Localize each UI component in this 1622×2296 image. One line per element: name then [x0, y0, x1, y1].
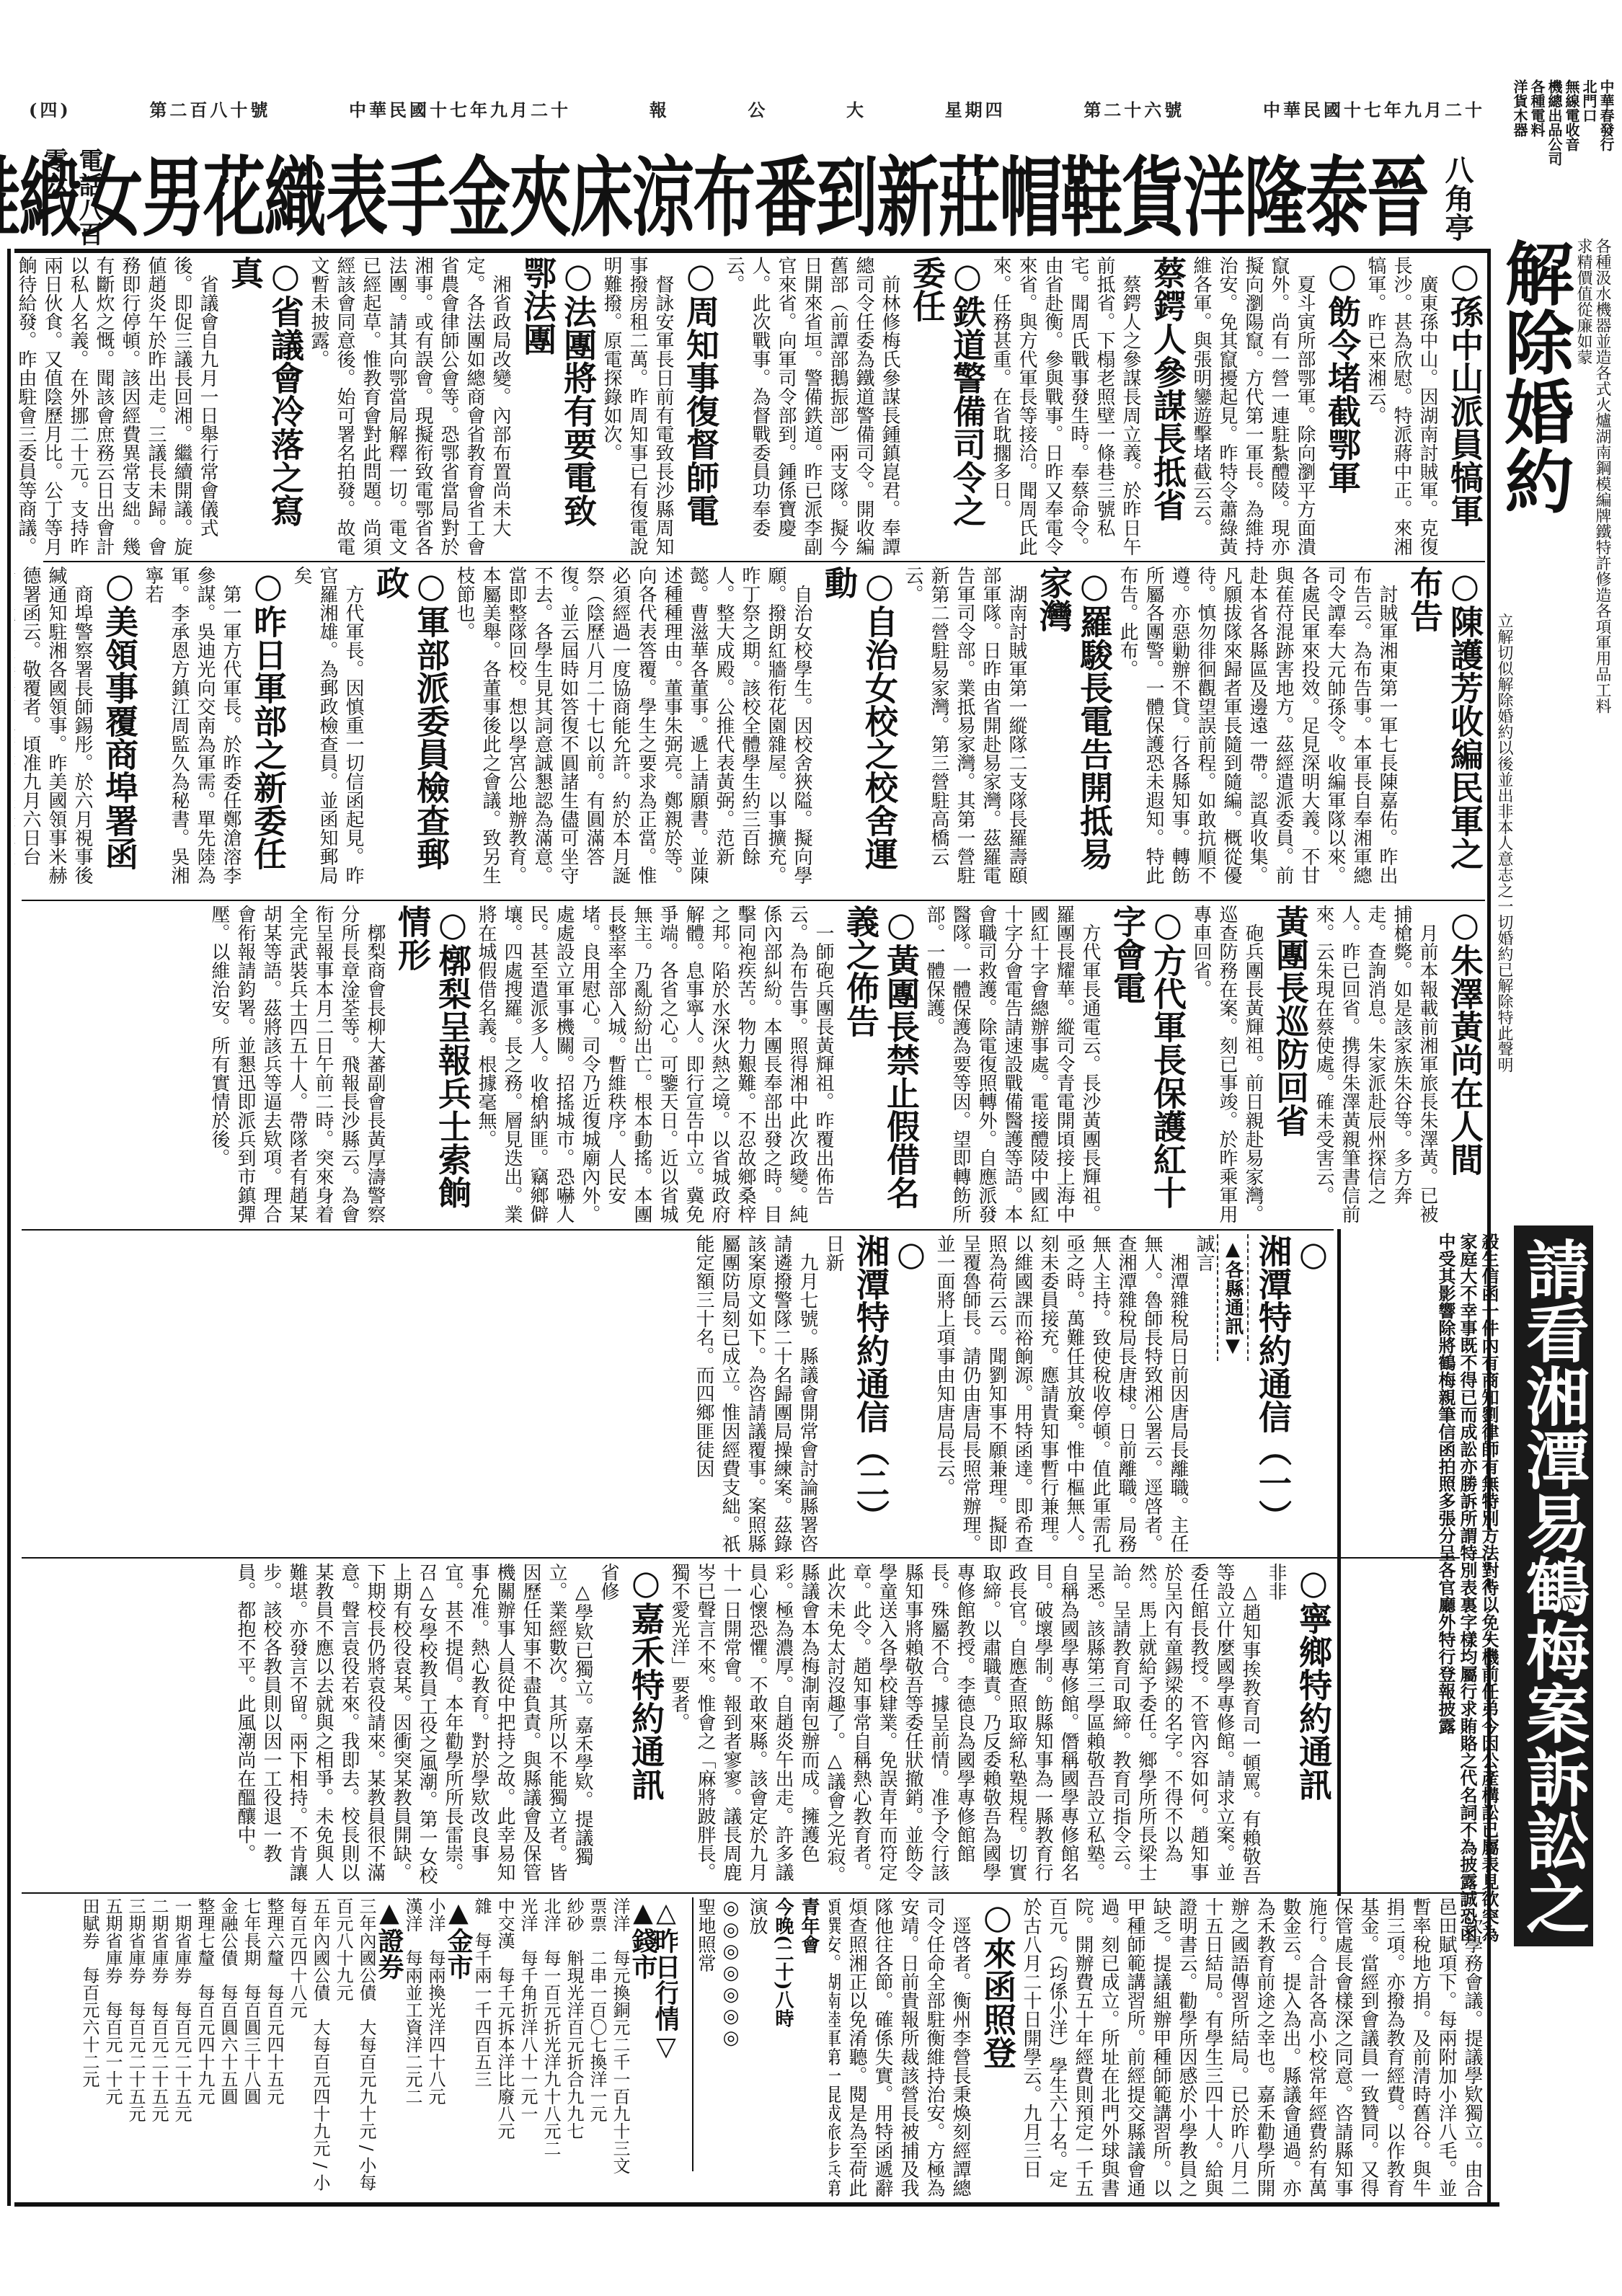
banner-tag: 八角亭 — [1437, 155, 1478, 241]
market-row: 整理六釐 每百元四十五元 — [262, 1897, 285, 2200]
rule-left — [7, 249, 11, 2206]
rule-bottom — [14, 2202, 1499, 2207]
article: 法團將有要電致鄂法團 湘省政局改變。內部布置尚未大定。各法團如總商會省教育會省工… — [306, 256, 598, 559]
market-row: 中交漢 每千元拆本洋比廢八元 — [493, 1897, 516, 2200]
article-body: 廣東孫中山。因湖南討賊軍。克復長沙。甚為欣慰。特派蔣中正。來湘犒軍。昨已來湘云。 — [1362, 256, 1440, 559]
article: 省議會冷落之寫真 省議會自九月一日舉行常會儀式後。即促三議長回湘。繼續開議。旋値… — [14, 256, 306, 559]
banner-text: 晉泰隆洋貨鞋帽莊新到番布涼床夾金手表織花男女緞鞋特別減價 — [0, 155, 1428, 241]
article-body: 督詠安軍長日前有電致長沙縣周知事撥房租二萬。昨周知事已有復電說明難撥。原電探錄如… — [598, 256, 676, 559]
listing-item: 聖地照常 — [699, 1897, 718, 2200]
masthead-item: 第二十六號 — [1083, 96, 1184, 121]
headline: 湘潭特約通信（二） — [851, 1234, 931, 1555]
market-row: 二期省庫券 每百元二十五元 — [147, 1897, 170, 2200]
rule-top — [14, 249, 1489, 253]
black-ad-text: 殺生信函一件內有商知劉律師有無特別方法對待以免失機前任弟今因公產構訟已屬表見欲突… — [1355, 1233, 1499, 1954]
headline: 寧鄉特約通訊 — [1293, 1563, 1334, 1891]
masthead-item: 公 — [748, 96, 768, 121]
banner-phone: 電話八百零六 — [36, 148, 107, 252]
market-row: 金融公債 每百圓六十五圓 — [216, 1897, 239, 2200]
headline: 陳護芳收編民軍之布告 — [1404, 566, 1485, 897]
article: 黃團長巡防回省 砲兵團長黃輝祖。前日親赴易家灣。巡查防務在案。刻已事竣。於昨乘軍… — [1188, 905, 1311, 1225]
headline: 湘潭特約通信（一） — [1253, 1234, 1334, 1555]
headline: 省議會冷落之寫真 — [225, 256, 306, 559]
corner-ad-line: 各種電料 — [1528, 79, 1546, 238]
rule-row4 — [22, 1557, 1485, 1559]
article-body: 自治女校學生。因校舍狹隘。擬向學願。撥朗紅牆衔花園雜屋。以事擴充。昨丁祭之期。該… — [451, 566, 815, 897]
headline: 美領事覆商埠署函 — [99, 566, 140, 897]
article: 軍部派委員檢查郵政 方代軍長。因慎重一切信函起見。昨官羅湘雄。為郵政檢查員。並函… — [288, 566, 451, 897]
article: 周知事復督師電 督詠安軍長日前有電致長沙縣周知事撥房租二萬。昨周知事已有復電說明… — [598, 256, 721, 559]
article: 寧鄉特約通訊 非非 △趙知事挨教育司一頓罵。有賴敬吾等設立什麼國學專修館。請求立… — [666, 1563, 1334, 1891]
headline: 羅駿長電告開抵易家灣 — [1034, 566, 1114, 897]
headline: 來函照登 — [978, 1897, 1018, 2200]
masthead-item: 大 — [846, 96, 867, 121]
market-row: 光洋 每千角折洋八十一元一 — [516, 1897, 539, 2200]
rule-col-sep — [1337, 1229, 1341, 1896]
byline: 非非 — [1263, 1563, 1289, 1891]
byline: 誠言 — [1191, 1234, 1217, 1555]
article: 次學務會議。提議學欵獨立。由合邑田賦項下。每兩附加小洋八毛。並暫率稅地方捐。及前… — [1018, 1897, 1485, 2200]
article-body: 月前本報載前湘軍旅長朱澤黃。已被捕槍斃。如是該家族朱谷等。多方奔走。查詢消息。朱… — [1311, 905, 1440, 1225]
article: 昨日軍部之新委任 第一軍方代軍長。於昨委任鄭滄溶李參謀。吳迪光向交南為軍需。單先… — [140, 566, 288, 897]
masthead-item: 報 — [650, 96, 670, 121]
article-body: 夏斗寅所部鄂軍。除向瀏平方面潰竄外。尚有一營一連駐紮醴陵。現亦擬向瀏陽竄。方代第… — [1188, 256, 1318, 559]
article-body: 方代軍長通電云。長沙黃團長輝祖。羅團長耀華。縱司令青電開頃接上海中國紅十字會總辦… — [921, 905, 1103, 1225]
article-body: 砲兵團長黃輝祖。前日親赴易家灣。巡查防務在案。刻已事竣。於昨乘軍用專車回省。 — [1188, 905, 1266, 1225]
headline: 周知事復督師電 — [681, 256, 721, 559]
theatre-listing: 青年會 今晚(二十)八時 演放 ◎◎◎◎◎◎◎ 聖地照常 墜車 天雨順延 — [692, 1897, 822, 2171]
headline: 方代軍長保護紅十字會電 — [1107, 905, 1188, 1225]
article: 蔡鍔人參謀長抵省 蔡鍔人之參謀長周立義。於昨日午前抵省。下榻老照壁一條巷三號私宅… — [988, 256, 1188, 559]
listing-title: 青年會 — [796, 1897, 822, 2200]
market-row: 三期省庫券 每百元二十五元 — [124, 1897, 147, 2200]
article: 飭令堵截鄂軍 夏斗寅所部鄂軍。除向瀏平方面潰竄外。尚有一營一連駐紮醴陵。現亦擬向… — [1188, 256, 1362, 559]
article-body: 討賊軍湘東第一軍七長陳嘉佑。昨出布告云。為布告事。本軍長自奉湘軍總司令譚奉大元帥… — [1114, 566, 1400, 897]
row5: 寧鄉特約通訊 非非 △趙知事挨教育司一頓罵。有賴敬吾等設立什麼國學專修館。請求立… — [14, 1563, 1334, 1891]
row1: 孫中山派員犒軍 廣東孫中山。因湖南討賊軍。克復長沙。甚為欣慰。特派蔣中正。來湘犒… — [14, 256, 1485, 559]
headline: 黃團長巡防回省 — [1270, 905, 1311, 1225]
listing-time: 今晚(二十)八時 — [770, 1897, 796, 2200]
listing-item: 演放 — [744, 1897, 770, 2200]
article-body: 逕啓者。衡州李營長秉煥刻經譚總司令任命全部駐衡維持治安。方極為安靖。日前貴報所裁… — [829, 1897, 973, 2200]
market-row: 田賦券 每百元六十二元 — [78, 1897, 101, 2200]
corner-ad-line: 洋貨木器 — [1511, 79, 1528, 238]
corner-ad-line: 北門口 — [1580, 79, 1597, 238]
black-ad: 請看湘潭易鶴梅案訴訟之實據 — [1514, 1225, 1593, 1946]
headline: 黃團長禁止假借名義之佈告 — [841, 905, 921, 1225]
listing-decor: ◎◎◎◎◎◎◎ — [718, 1897, 744, 2200]
masthead-item: 星期四 — [945, 96, 1006, 121]
headline: 飭令堵截鄂軍 — [1322, 256, 1362, 559]
market-row: 小洋 每兩換光洋四十八元 — [424, 1897, 447, 2200]
market-row: 三年內國公債 大每百元九十元 / 小每百元八十九元 — [332, 1897, 378, 2200]
rule-row2 — [22, 900, 1485, 901]
market-row: 票票 二串一百〇七換洋一元 — [585, 1897, 608, 2200]
article-body: 湘潭雜稅局日前因唐局長離職。主任無人。魯師長特致湘公署云。逕啓者。查湘潭雜稅局長… — [931, 1234, 1191, 1555]
right-ad-title: 解除婚約 — [1494, 238, 1574, 613]
article: 湘潭特約通信（二） 日新 九月七號。縣議會開常會討論縣署咨請遴撥警隊二十名歸團局… — [691, 1234, 931, 1555]
market-row: 五年內國公債 大每百元四十九元 / 小每百元四十八元 — [285, 1897, 332, 2200]
markets: △昨日行情▽ ▲錢市 洋洋 每元換銅元二千一百九十三文 票票 二串一百〇七換洋一… — [14, 1897, 678, 2200]
article-body: 次學務會議。提議學欵獨立。由合邑田賦項下。每兩附加小洋八毛。並暫率稅地方捐。及前… — [1018, 1897, 1485, 2200]
market-row: 北洋 每一百元折光洋九十八元二 — [539, 1897, 562, 2200]
article-body: △學欵已獨立。嘉禾學欵。提議獨立。業經數次。其所以不能獨立者。皆因歷任知事不盡負… — [232, 1563, 595, 1891]
headline: 鉄道警備司令之委任 — [907, 256, 988, 559]
byline: 省修 — [595, 1563, 621, 1891]
article: 孫中山派員犒軍 廣東孫中山。因湖南討賊軍。克復長沙。甚為欣慰。特派蔣中正。來湘犒… — [1362, 256, 1485, 559]
article-body: 商埠警察署長師錫彤。於六月視事後緘通知駐湘各國領事。昨美國領事米赫德署函云。敬覆… — [14, 566, 95, 897]
market-section-name: ▲金市 — [447, 1897, 470, 2200]
corner-ad: 中華春發行 北門口 無線電收音 機總出品公司 各種電料 洋貨木器 — [1499, 79, 1615, 238]
row2: 陳護芳收編民軍之布告 討賊軍湘東第一軍七長陳嘉佑。昨出布告云。為布告事。本軍長自… — [14, 566, 1485, 897]
article: 黃團長禁止假借名義之佈告 一師砲兵團長黃輝祖。昨覆出佈告云。為布告事。照得湘中此… — [473, 905, 921, 1225]
headline: 嘉禾特約通訊 — [626, 1563, 666, 1891]
masthead-item: (四) — [29, 96, 71, 121]
headline: 槨梨呈報兵士索餉情形 — [392, 905, 473, 1225]
article-body: 前林修梅氏參謀長鍾鎮崑君。奉譚總司令任委為鐵道警備司令。開收編舊部（前譚部鵝振部… — [721, 256, 903, 559]
article-body: 一師砲兵團長黃輝祖。昨覆出佈告云。為布告事。照得湘中此次政變。純係內部糾紛。本團… — [473, 905, 836, 1225]
row3: 朱澤黃尚在人間 月前本報載前湘軍旅長朱澤黃。已被捕槍斃。如是該家族朱谷等。多方奔… — [14, 905, 1485, 1225]
market-row: 一期省庫券 每百元二十五元 — [170, 1897, 193, 2200]
article: 美領事覆商埠署函 商埠警察署長師錫彤。於六月視事後緘通知駐湘各國領事。昨美國領事… — [14, 566, 140, 897]
market-row: 整理七釐 每百元四十九元 — [193, 1897, 216, 2200]
market-row: 紗砂 斛現光洋百元折合九九七 — [562, 1897, 585, 2200]
headline: 昨日軍部之新委任 — [248, 566, 288, 897]
article: 來函照登 逕啓者。衡州李營長秉煥刻經譚總司令任命全部駐衡維持治安。方極為安靖。日… — [829, 1897, 1018, 2200]
right-ad-side-text: 各種汲水機器並造各式火爐湖南鋼模編牌鐵特許修造各項軍用品工料求精價值從廉如蒙 — [1574, 238, 1611, 728]
article-body: △趙知事挨教育司一頓罵。有賴敬吾等設立什麼國學專修館。請求立案。並委任館長教授。… — [666, 1563, 1263, 1891]
article-body: 九月七號。縣議會開常會討論縣署咨請遴撥警隊二十名歸團局操練案。茲錄該案原文如下。… — [691, 1234, 820, 1555]
headline: 孫中山派員犒軍 — [1445, 256, 1485, 559]
article: 嘉禾特約通訊 省修 △學欵已獨立。嘉禾學欵。提議獨立。業經數次。其所以不能獨立者… — [232, 1563, 666, 1891]
article-body: 省議會自九月一日舉行常會儀式後。即促三議長回湘。繼續開議。旋値趙炎午於昨出走。三… — [14, 256, 221, 559]
headline: 朱澤黃尚在人間 — [1445, 905, 1485, 1225]
market-section-name: ▲證券 — [378, 1897, 401, 2200]
market-row: 洋洋 每元換銅元二千一百九十三文 — [608, 1897, 631, 2200]
article: 陳護芳收編民軍之布告 討賊軍湘東第一軍七長陳嘉佑。昨出布告云。為布告事。本軍長自… — [1114, 566, 1485, 897]
masthead-item: 第二百八十號 — [149, 96, 270, 121]
article-body: 第一軍方代軍長。於昨委任鄭滄溶李參謀。吳迪光向交南為軍需。單先陸為軍。李承恩方鎮… — [140, 566, 244, 897]
article: 方代軍長保護紅十字會電 方代軍長通電云。長沙黃團長輝祖。羅團長耀華。縱司令青電開… — [921, 905, 1188, 1225]
right-ad-text: 立解切似解除婚約以後並出非本人意志之一切婚約已解除特此聲明 — [1494, 613, 1513, 1189]
rule-row3 — [22, 1229, 1334, 1231]
article: 槨梨呈報兵士索餉情形 槨梨商會長柳大蕃副會長黃厚濤警察分所長章淦荃等。飛報長沙縣… — [206, 905, 473, 1225]
corner-ad-line: 機總出品公司 — [1546, 79, 1563, 238]
masthead: (四) 第二百八十號 中華民國十七年九月二十 報 公 大 星期四 第二十六號 中… — [29, 94, 1485, 123]
market-row: 五期省庫券 每百元一十元 — [101, 1897, 124, 2200]
corner-ad-line: 中華春發行 — [1597, 79, 1615, 238]
headline: 法團將有要電致鄂法團 — [518, 256, 598, 559]
masthead-item: 中華民國十七年九月二十 — [1263, 96, 1485, 121]
article-body: 蔡鍔人之參謀長周立義。於昨日午前抵省。下榻老照壁一條巷三號私宅。聞周氏戰事發生時… — [988, 256, 1143, 559]
byline: 日新 — [820, 1234, 846, 1555]
article-body: 方代軍長。因慎重一切信函起見。昨官羅湘雄。為郵政檢查員。並函知郵局矣 — [288, 566, 366, 897]
market-row: 七年長期 每百圓三十八圓 — [239, 1897, 262, 2200]
rule-row5 — [22, 1892, 1485, 1894]
article: 鉄道警備司令之委任 前林修梅氏參謀長鍾鎮崑君。奉譚總司令任委為鐵道警備司令。開收… — [721, 256, 988, 559]
row4: 湘潭特約通信（一） ▲各縣通訊▼ 誠言 湘潭雜稅局日前因唐局長離職。主任無人。魯… — [14, 1234, 1334, 1555]
article-body: 湖南討賊軍第一縱隊二支隊長羅壽頤部軍隊。日昨由省開赴易家灣。茲羅電告軍司令部。業… — [900, 566, 1029, 897]
article: 湘潭特約通信（一） ▲各縣通訊▼ 誠言 湘潭雜稅局日前因唐局長離職。主任無人。魯… — [931, 1234, 1334, 1555]
headline: 自治女校之校舍運動 — [819, 566, 900, 897]
rule-row1 — [43, 561, 1485, 562]
headline: 蔡鍔人參謀長抵省 — [1148, 256, 1188, 559]
right-ad: 各種汲水機器並造各式火爐湖南鋼模編牌鐵特許修造各項軍用品工料求精價值從廉如蒙 解… — [1496, 238, 1611, 1211]
article-body: 槨梨商會長柳大蕃副會長黃厚濤警察分所長章淦荃等。飛報長沙縣云。為會衔呈報事本月二… — [206, 905, 388, 1225]
row6-right: 次學務會議。提議學欵獨立。由合邑田賦項下。每兩附加小洋八毛。並暫率稅地方捐。及前… — [829, 1897, 1485, 2200]
article: 自治女校之校舍運動 自治女校學生。因校舍狹隘。擬向學願。撥朗紅牆衔花園雜屋。以事… — [451, 566, 900, 897]
banner-ad: 八角亭 晉泰隆洋貨鞋帽莊新到番布涼床夾金手表織花男女緞鞋特別減價 電話八百零六 — [29, 144, 1478, 252]
article: 羅駿長電告開抵易家灣 湖南討賊軍第一縱隊二支隊長羅壽頤部軍隊。日昨由省開赴易家灣… — [900, 566, 1114, 897]
section-tag: ▲各縣通訊▼ — [1217, 1234, 1249, 1361]
article-body: 湘省政局改變。內部布置尚未大定。各法團如總商會省教育會省工會省農會律師公會等。恐… — [306, 256, 513, 559]
article: 朱澤黃尚在人間 月前本報載前湘軍旅長朱澤黃。已被捕槍斃。如是該家族朱谷等。多方奔… — [1311, 905, 1485, 1225]
headline: 軍部派委員檢查郵政 — [371, 566, 451, 897]
corner-ad-line: 無線電收音 — [1563, 79, 1580, 238]
masthead-item: 中華民國十七年九月二十 — [349, 96, 571, 121]
